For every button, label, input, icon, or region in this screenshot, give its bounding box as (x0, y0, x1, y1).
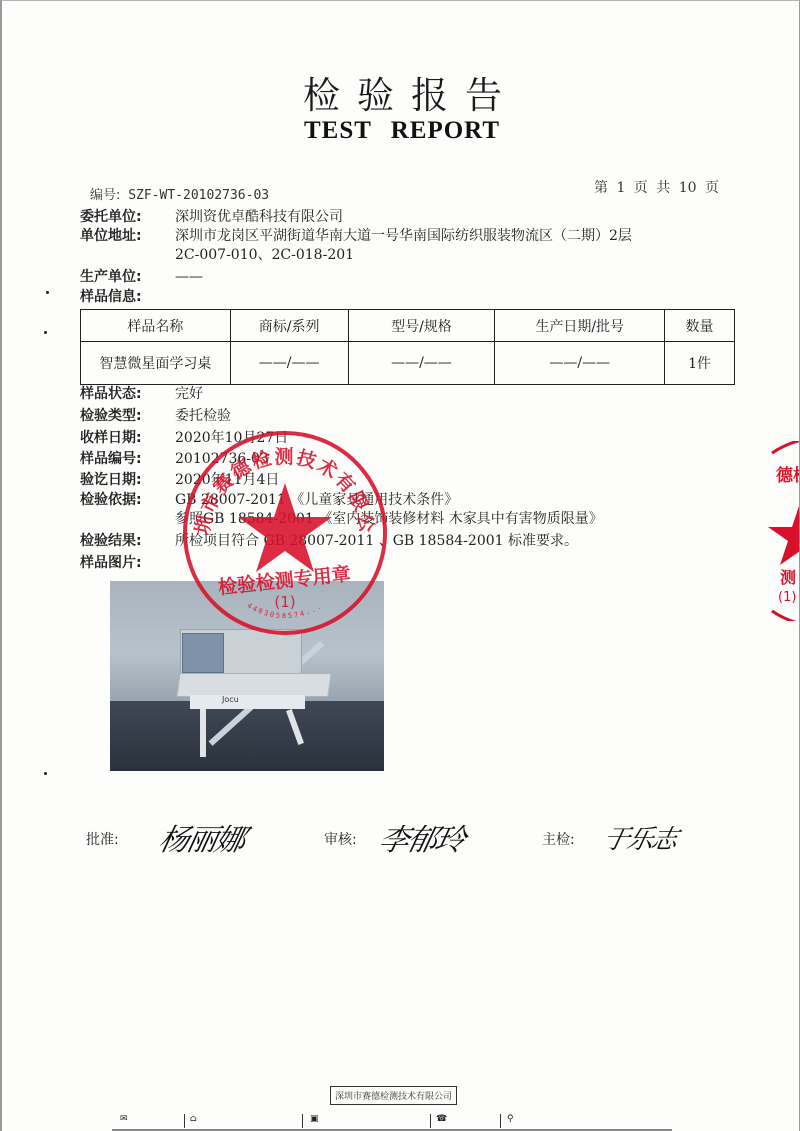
header-sample-name: 样品名称 (81, 310, 231, 342)
photo-brand-text: Jocu (222, 695, 239, 704)
cell-brand-series: ——/—— (230, 342, 348, 385)
detail-label: 检验结果: (80, 532, 142, 551)
detail-value: 委托检验 (175, 407, 231, 426)
detail-label: 验讫日期: (80, 471, 142, 490)
header-quantity: 数量 (665, 310, 735, 342)
detail-value: 完好 (175, 385, 203, 404)
report-number-label: 编号: (90, 188, 120, 203)
approver-label: 批准: (86, 832, 119, 848)
header-production-date-batch: 生产日期/批号 (495, 310, 665, 342)
stamp-number: (1) (274, 593, 295, 611)
footer-company-name: 深圳市赛德检测技术有限公司 (330, 1086, 457, 1105)
report-title-cn: 检验报告 (2, 65, 800, 119)
table-header-row: 样品名称 商标/系列 型号/规格 生产日期/批号 数量 (81, 310, 735, 342)
address-line1: 深圳市龙岗区平湖街道华南大道一号华南国际纺织服装物流区（二期）2层 (175, 227, 632, 246)
reviewer-label: 审核: (324, 832, 357, 848)
home-icon: ⌂ (190, 1114, 197, 1124)
detail-label: 样品图片: (80, 554, 142, 573)
approver-signature: 杨丽娜 (155, 815, 248, 859)
cross-page-seal: 德检 测 (1) (752, 441, 800, 621)
inspector-label: 主检: (542, 832, 575, 848)
svg-text:德检: 德检 (776, 465, 800, 486)
entrust-unit-value: 深圳资优卓酷科技有限公司 (175, 208, 343, 227)
sample-table: 样品名称 商标/系列 型号/规格 生产日期/批号 数量 智慧微星面学习桌 ——/… (80, 309, 735, 385)
cell-model-spec: ——/—— (348, 342, 495, 385)
svg-text:(1): (1) (778, 590, 796, 605)
fax-icon: ▣ (310, 1114, 319, 1124)
header-model-spec: 型号/规格 (348, 310, 495, 342)
inspector-signature: 于乐志 (600, 819, 680, 856)
producer-value: —— (175, 268, 203, 287)
report-number-value: SZF-WT-20102736-03 (128, 188, 269, 203)
sample-info-label: 样品信息: (80, 288, 142, 307)
phone-icon: ☎ (436, 1114, 447, 1124)
reviewer-block: 审核: (324, 829, 357, 849)
detail-label: 检验类型: (80, 407, 142, 426)
page-info: 第 1 页 共 10 页 (594, 177, 719, 197)
detail-label: 收样日期: (80, 429, 142, 448)
table-row: 智慧微星面学习桌 ——/—— ——/—— ——/—— 1件 (81, 342, 735, 385)
reviewer-signature: 李郁玲 (375, 815, 468, 859)
report-number: 编号: SZF-WT-20102736-03 (90, 184, 269, 203)
address-line2: 2C-007-010、2C-018-201 (175, 246, 354, 265)
detail-label: 检验依据: (80, 491, 142, 510)
header-brand-series: 商标/系列 (230, 310, 348, 342)
location-icon: ⚲ (507, 1114, 514, 1124)
address-label: 单位地址: (80, 227, 142, 246)
detail-label: 样品编号: (80, 450, 142, 469)
approver-block: 批准: (86, 829, 119, 849)
detail-label: 样品状态: (80, 385, 142, 404)
report-title-en: TEST REPORT (2, 117, 800, 145)
inspector-block: 主检: (542, 829, 575, 849)
official-seal-stamp: 深圳市赛德检测技术有限公司 检验检测专用章 (1) 4403058574... (179, 427, 391, 639)
producer-label: 生产单位: (80, 268, 142, 287)
cell-production-date-batch: ——/—— (495, 342, 665, 385)
cell-quantity: 1件 (665, 342, 735, 385)
entrust-unit-label: 委托单位: (80, 208, 142, 227)
mail-icon: ✉ (120, 1114, 128, 1124)
svg-text:测: 测 (780, 568, 796, 587)
cell-sample-name: 智慧微星面学习桌 (81, 342, 231, 385)
